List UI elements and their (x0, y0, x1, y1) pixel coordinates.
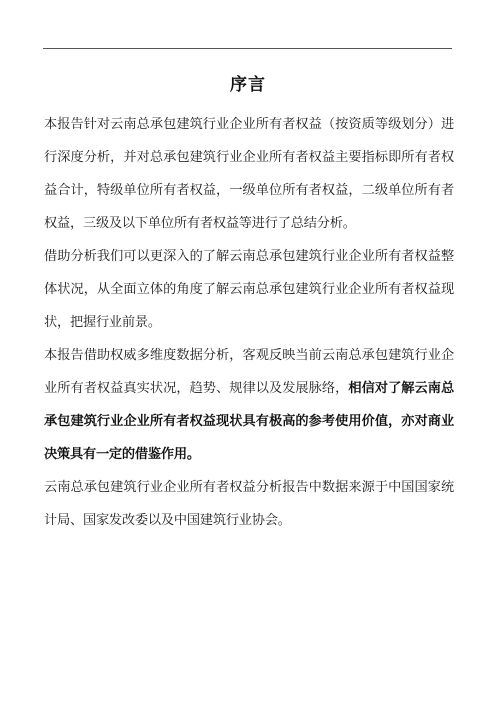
paragraph-purpose: 借助分析我们可以更深入的了解云南总承包建筑行业企业所有者权益整体状况，从全面立体… (44, 240, 454, 339)
paragraph-intro: 本报告针对云南总承包建筑行业企业所有者权益（按资质等级划分）进行深度分析，并对总… (44, 108, 454, 240)
paragraph-source: 云南总承包建筑行业企业所有者权益分析报告中数据来源于中国国家统计局、国家发改委以… (44, 471, 454, 537)
paragraph-value: 本报告借助权威多维度数据分析，客观反映当前云南总承包建筑行业企业所有者权益真实状… (44, 339, 454, 471)
header-rule (43, 48, 452, 49)
document-body: 本报告针对云南总承包建筑行业企业所有者权益（按资质等级划分）进行深度分析，并对总… (44, 108, 454, 537)
page-title: 序言 (0, 70, 496, 95)
